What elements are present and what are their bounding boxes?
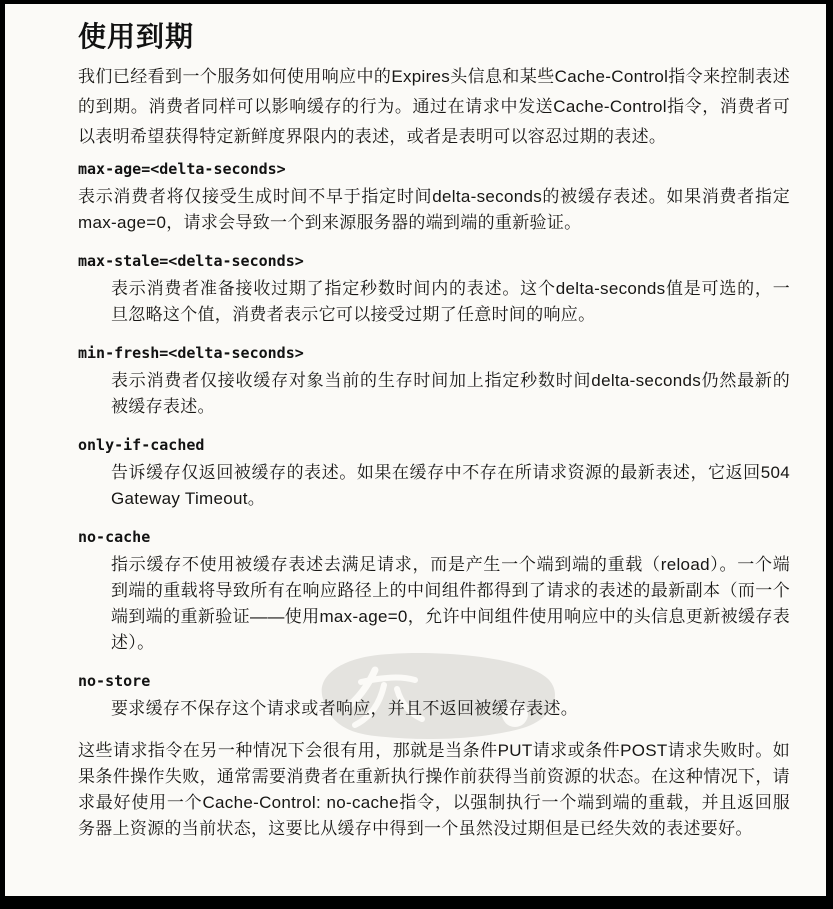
directive-name: min-fresh=<delta-seconds> (78, 344, 790, 363)
page-title: 使用到期 (78, 20, 790, 54)
book-page: 使用到期 我们已经看到一个服务如何使用响应中的Expires头信息和某些Cach… (5, 4, 826, 896)
directive-block-min-fresh: min-fresh=<delta-seconds> 表示消费者仅接收缓存对象当前… (78, 344, 790, 420)
closing-paragraph: 这些请求指令在另一种情况下会很有用，那就是当条件PUT请求或条件POST请求失败… (78, 738, 790, 842)
directive-block-no-store: no-store 要求缓存不保存这个请求或者响应，并且不返回被缓存表述。 (78, 672, 790, 722)
directive-description: 告诉缓存仅返回被缓存的表述。如果在缓存中不存在所请求资源的最新表述，它返回504… (78, 460, 790, 512)
directive-name: max-age=<delta-seconds> (78, 160, 790, 179)
directive-name: only-if-cached (78, 436, 790, 455)
page-content: 使用到期 我们已经看到一个服务如何使用响应中的Expires头信息和某些Cach… (78, 20, 790, 842)
directive-block-max-stale: max-stale=<delta-seconds> 表示消费者准备接收过期了指定… (78, 252, 790, 328)
directive-description: 指示缓存不使用被缓存表述去满足请求，而是产生一个端到端的重载（reload）。一… (78, 552, 790, 656)
directive-description: 表示消费者仅接收缓存对象当前的生存时间加上指定秒数时间delta-seconds… (78, 368, 790, 420)
directive-description: 要求缓存不保存这个请求或者响应，并且不返回被缓存表述。 (78, 696, 790, 722)
directive-description: 表示消费者准备接收过期了指定秒数时间内的表述。这个delta-seconds值是… (78, 276, 790, 328)
directive-block-max-age: max-age=<delta-seconds> 表示消费者将仅接受生成时间不早于… (78, 160, 790, 236)
directive-name: no-store (78, 672, 790, 691)
scanned-page-frame: 使用到期 我们已经看到一个服务如何使用响应中的Expires头信息和某些Cach… (0, 0, 833, 909)
directive-name: no-cache (78, 528, 790, 547)
directive-name: max-stale=<delta-seconds> (78, 252, 790, 271)
directive-block-only-if-cached: only-if-cached 告诉缓存仅返回被缓存的表述。如果在缓存中不存在所请… (78, 436, 790, 512)
directive-description: 表示消费者将仅接受生成时间不早于指定时间delta-seconds的被缓存表述。… (78, 184, 790, 236)
intro-paragraph: 我们已经看到一个服务如何使用响应中的Expires头信息和某些Cache-Con… (78, 62, 790, 152)
directive-block-no-cache: no-cache 指示缓存不使用被缓存表述去满足请求，而是产生一个端到端的重载（… (78, 528, 790, 656)
